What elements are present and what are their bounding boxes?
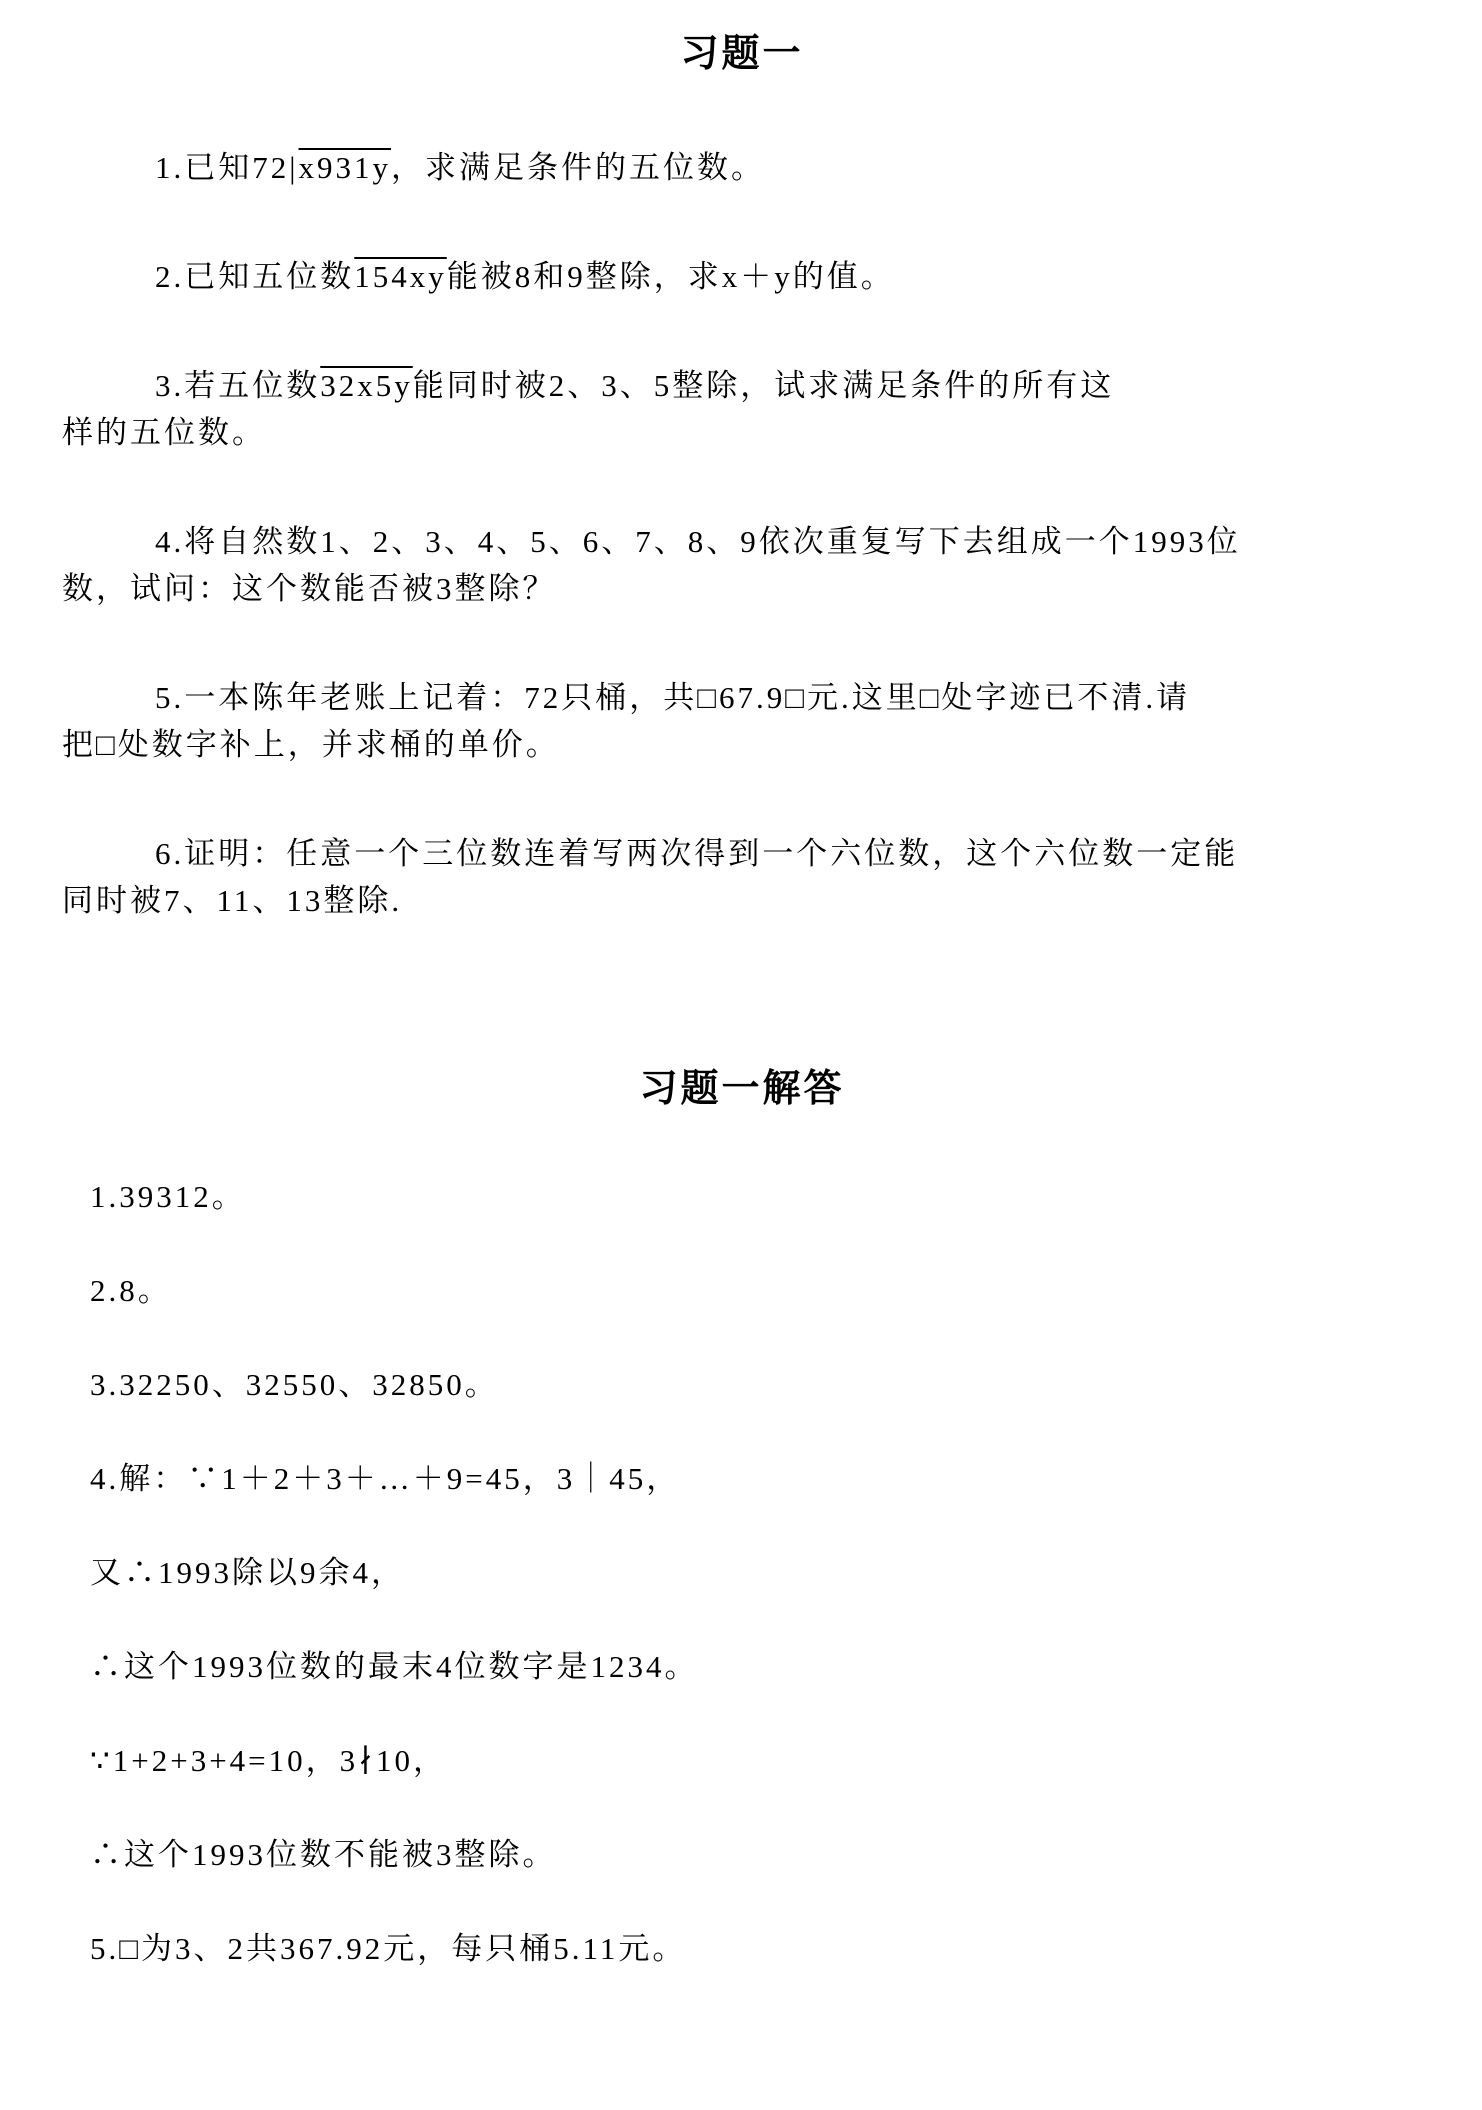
exercise-title: 习题一 [62,34,1422,74]
problem-line: 数，试问：这个数能否被3整除？ [62,565,1422,612]
answer-line: 3.32250、32550、32850。 [62,1361,1422,1408]
problem-item: 2.已知五位数154xy能被8和9整除，求x＋y的值。 [62,253,1422,300]
problem-text: 4.将自然数1、2、3、4、5、6、7、8、9依次重复写下去组成一个1993位 [155,524,1241,559]
problem-text: 把□处数字补上，并求桶的单价。 [62,727,560,762]
answer-line: ∴这个1993位数不能被3整除。 [62,1831,1422,1878]
problem-item: 6.证明：任意一个三位数连着写两次得到一个六位数，这个六位数一定能同时被7、11… [62,830,1422,924]
problem-text: 数，试问：这个数能否被3整除？ [62,571,557,606]
problem-text: 3.若五位数 [155,368,320,403]
problem-line: 3.若五位数32x5y能同时被2、3、5整除，试求满足条件的所有这 [62,362,1422,409]
problem-text: 1.已知72| [155,150,298,185]
problem-text: 2.已知五位数 [155,259,354,294]
problem-item: 3.若五位数32x5y能同时被2、3、5整除，试求满足条件的所有这样的五位数。 [62,362,1422,456]
problem-item: 5.一本陈年老账上记着：72只桶，共□67.9□元.这里□处字迹已不清.请把□处… [62,674,1422,768]
problem-text: 能同时被2、3、5整除，试求满足条件的所有这 [413,368,1115,403]
overline-number: 154xy [354,259,447,294]
answers-title: 习题一解答 [62,1069,1422,1109]
worksheet-page: 习题一 1.已知72|x931y，求满足条件的五位数。2.已知五位数154xy能… [0,0,1482,2110]
problem-text: ，求满足条件的五位数。 [391,150,765,185]
problem-line: 样的五位数。 [62,409,1422,456]
problem-line: 6.证明：任意一个三位数连着写两次得到一个六位数，这个六位数一定能 [62,830,1422,877]
overline-number: x931y [298,150,391,185]
problem-line: 5.一本陈年老账上记着：72只桶，共□67.9□元.这里□处字迹已不清.请 [62,674,1422,721]
problem-line: 1.已知72|x931y，求满足条件的五位数。 [62,144,1422,191]
answer-line: 又∴1993除以9余4， [62,1549,1422,1596]
problem-text: 6.证明：任意一个三位数连着写两次得到一个六位数，这个六位数一定能 [155,836,1238,871]
problem-line: 4.将自然数1、2、3、4、5、6、7、8、9依次重复写下去组成一个1993位 [62,518,1422,565]
answer-line: 2.8。 [62,1267,1422,1314]
problem-text: 同时被7、11、13整除. [62,883,402,918]
overline-number: 32x5y [320,368,413,403]
answer-line: ∵1+2+3+4=10，3∤10， [62,1737,1422,1784]
answer-line: ∴这个1993位数的最末4位数字是1234。 [62,1643,1422,1690]
answer-list: 1.39312。2.8。3.32250、32550、32850。4.解：∵1＋2… [62,1173,1422,1972]
problem-text: 5.一本陈年老账上记着：72只桶，共□67.9□元.这里□处字迹已不清.请 [155,680,1190,715]
answer-line: 1.39312。 [62,1173,1422,1220]
answer-line: 5.□为3、2共367.92元，每只桶5.11元。 [62,1925,1422,1972]
problem-line: 同时被7、11、13整除. [62,877,1422,924]
problem-list: 1.已知72|x931y，求满足条件的五位数。2.已知五位数154xy能被8和9… [62,144,1422,924]
problem-line: 2.已知五位数154xy能被8和9整除，求x＋y的值。 [62,253,1422,300]
problem-text: 样的五位数。 [62,415,266,450]
problem-item: 4.将自然数1、2、3、4、5、6、7、8、9依次重复写下去组成一个1993位数… [62,518,1422,612]
problem-text: 能被8和9整除，求x＋y的值。 [447,259,895,294]
problem-line: 把□处数字补上，并求桶的单价。 [62,721,1422,768]
answer-line: 4.解：∵1＋2＋3＋…＋9=45，3｜45， [62,1455,1422,1502]
problem-item: 1.已知72|x931y，求满足条件的五位数。 [62,144,1422,191]
